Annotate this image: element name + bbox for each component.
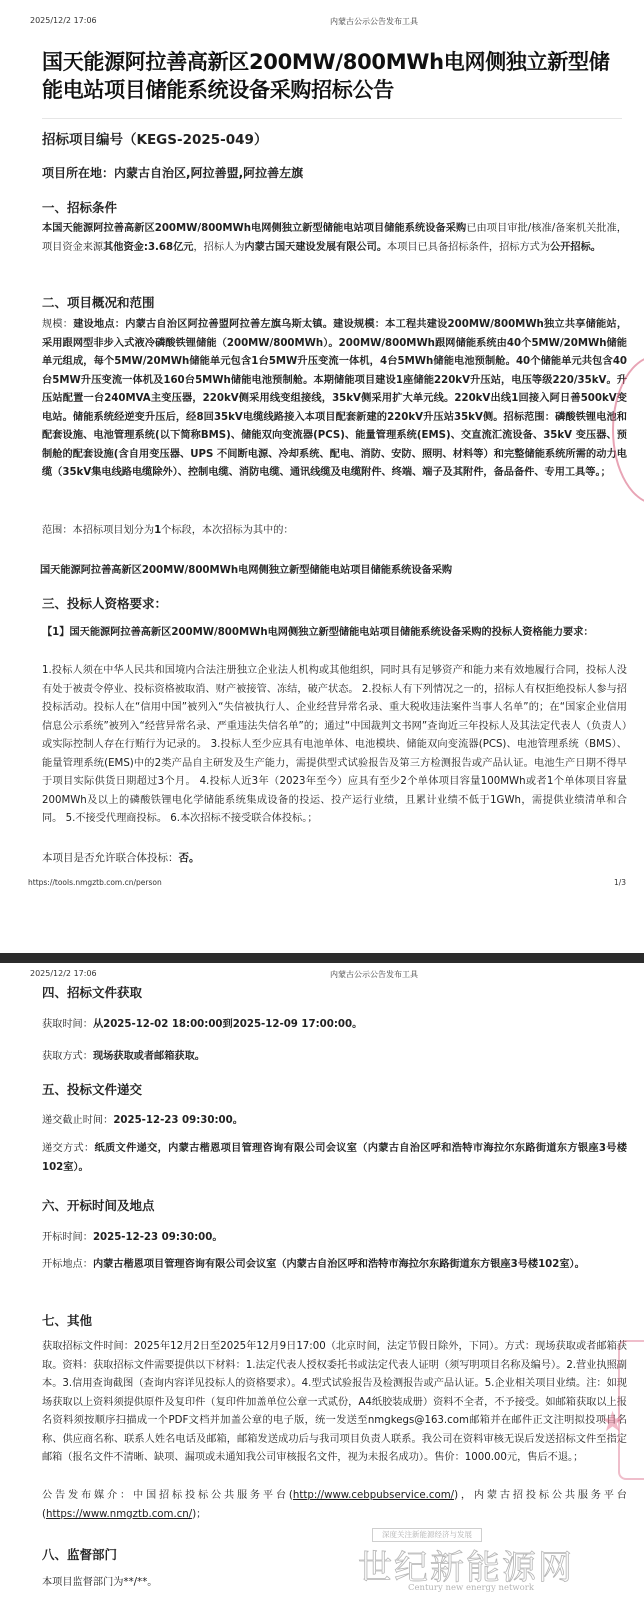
document-page-2: 2025/12/2 17:06 内蒙古公示公告发布工具 四、招标文件获取 获取时… xyxy=(0,963,644,1600)
media-end: )； xyxy=(192,1509,206,1520)
section-7-body: 获取招标文件时间：2025年12月2日至2025年12月9日17:00（北京时间… xyxy=(42,1338,627,1468)
section-7-heading: 七、其他 xyxy=(42,1311,92,1329)
supervision-text: 本项目监督部门为**/**。 xyxy=(42,1573,158,1588)
opening-place-value: 内蒙古楷恩项目管理咨询有限公司会议室（内蒙古自治区呼和浩特市海拉尔东路街道东方银… xyxy=(93,1259,585,1270)
print-date: 2025/12/2 17:06 xyxy=(30,16,97,25)
opening-time: 开标时间：2025-12-23 09:30:00。 xyxy=(42,1228,223,1243)
section-8-heading: 八、监督部门 xyxy=(42,1545,117,1563)
print-tool-name: 内蒙古公示公告发布工具 xyxy=(330,969,418,980)
title-divider xyxy=(42,118,622,119)
watermark-logo-text: 世纪新能源网 xyxy=(358,1540,574,1589)
opening-time-label: 开标时间： xyxy=(42,1232,93,1243)
submit-method-label: 递交方式： xyxy=(42,1143,95,1154)
acquire-time-value: 从2025-12-02 18:00:00到2025-12-09 17:00:00… xyxy=(93,1019,362,1030)
project-number: 招标项目编号（KEGS-2025-049） xyxy=(42,128,267,148)
scale-text: 建设地点：内蒙古自治区阿拉善盟阿拉善左旗乌斯太镇。建设规模：本工程共建设200M… xyxy=(42,319,627,478)
page-title: 国天能源阿拉善高新区200MW/800MWh电网侧独立新型储能电站项目储能系统设… xyxy=(42,48,622,104)
section-6-heading: 六、开标时间及地点 xyxy=(42,1196,155,1214)
consortium-label: 本项目是否允许联合体投标： xyxy=(42,852,179,864)
page-number: 1/3 xyxy=(614,878,626,887)
submit-method: 递交方式：纸质文件递交，内蒙古楷恩项目管理咨询有限公司会议室（内蒙古自治区呼和浩… xyxy=(42,1140,627,1177)
opening-place: 开标地点：内蒙古楷恩项目管理咨询有限公司会议室（内蒙古自治区呼和浩特市海拉尔东路… xyxy=(42,1256,627,1275)
section-3-subheading: 【1】国天能源阿拉善高新区200MW/800MWh电网侧独立新型储能电站项目储能… xyxy=(42,624,627,643)
consortium-value: 否。 xyxy=(179,852,200,864)
publication-media: 公告发布媒介：中国招标投标公共服务平台(http://www.cebpubser… xyxy=(42,1487,627,1524)
section-5-heading: 五、投标文件递交 xyxy=(42,1080,142,1098)
media-label: 公告发布媒介：中国招标投标公共服务平台( xyxy=(42,1490,293,1501)
nmgztb-link[interactable]: https://www.nmgztb.com.cn/ xyxy=(46,1509,192,1520)
lot-name: 国天能源阿拉善高新区200MW/800MWh电网侧独立新型储能电站项目储能系统设… xyxy=(40,561,452,576)
consortium-allowed: 本项目是否允许联合体投标：否。 xyxy=(42,850,200,865)
location-label: 项目所在地： xyxy=(42,166,114,180)
section-3-requirements: 1.投标人须在中华人民共和国境内合法注册独立企业法人机构或其他组织，同时具有足够… xyxy=(42,662,627,829)
section-4-heading: 四、招标文件获取 xyxy=(42,983,142,1001)
submit-deadline-label: 递交截止时间： xyxy=(42,1115,113,1126)
section-2-scale: 规模：建设地点：内蒙古自治区阿拉善盟阿拉善左旗乌斯太镇。建设规模：本工程共建设2… xyxy=(42,316,627,483)
text-span: ，招标人为 xyxy=(193,242,244,253)
acquire-time-label: 获取时间： xyxy=(42,1019,93,1030)
tenderer-bold: 内蒙古国天建设发展有限公司。 xyxy=(244,242,387,253)
footer-url: https://tools.nmgztb.com.cn/person xyxy=(28,878,162,887)
print-date: 2025/12/2 17:06 xyxy=(30,969,97,978)
text-span: 本项目已具备招标条件，招标方式为 xyxy=(387,242,550,253)
funding-bold: 其他资金:3.68亿元 xyxy=(103,242,193,253)
submit-deadline: 递交截止时间：2025-12-23 09:30:00。 xyxy=(42,1111,243,1126)
opening-place-label: 开标地点： xyxy=(42,1259,93,1270)
range-label: 范围：本招标项目划分为 xyxy=(42,525,154,536)
section-1-body: 本国天能源阿拉善高新区200MW/800MWh电网侧独立新型储能电站项目储能系统… xyxy=(42,220,627,257)
acquire-method-value: 现场获取或者邮箱获取。 xyxy=(93,1051,205,1062)
acquire-method-label: 获取方式： xyxy=(42,1051,93,1062)
section-3-heading: 三、投标人资格要求： xyxy=(42,594,167,612)
project-name-bold: 本国天能源阿拉善高新区200MW/800MWh电网侧独立新型储能电站项目储能系统… xyxy=(42,223,466,234)
submit-method-value: 纸质文件递交，内蒙古楷恩项目管理咨询有限公司会议室（内蒙古自治区呼和浩特市海拉尔… xyxy=(42,1143,627,1173)
page-separator xyxy=(0,953,644,963)
section-2-heading: 二、项目概况和范围 xyxy=(42,293,155,311)
print-tool-name: 内蒙古公示公告发布工具 xyxy=(330,16,418,27)
project-location: 项目所在地：内蒙古自治区,阿拉善盟,阿拉善左旗 xyxy=(42,164,303,181)
submit-deadline-value: 2025-12-23 09:30:00。 xyxy=(113,1115,243,1126)
watermark-subtitle: Century new energy network xyxy=(408,1583,534,1593)
opening-time-value: 2025-12-23 09:30:00。 xyxy=(93,1232,223,1243)
cebpubservice-link[interactable]: http://www.cebpubservice.com/ xyxy=(293,1490,454,1501)
document-page-1: 2025/12/2 17:06 内蒙古公示公告发布工具 国天能源阿拉善高新区20… xyxy=(0,0,644,955)
tender-method-bold: 公开招标。 xyxy=(550,242,601,253)
range-text: 个标段，本次招标为其中的： xyxy=(161,525,293,536)
section-2-range: 范围：本招标项目划分为1个标段，本次招标为其中的： xyxy=(42,521,294,536)
acquire-time: 获取时间：从2025-12-02 18:00:00到2025-12-09 17:… xyxy=(42,1015,362,1030)
acquire-method: 获取方式：现场获取或者邮箱获取。 xyxy=(42,1047,205,1062)
section-1-heading: 一、招标条件 xyxy=(42,198,117,216)
scale-label: 规模： xyxy=(42,319,73,330)
seal-star-icon: ★ xyxy=(600,1405,625,1438)
location-value: 内蒙古自治区,阿拉善盟,阿拉善左旗 xyxy=(114,166,303,180)
